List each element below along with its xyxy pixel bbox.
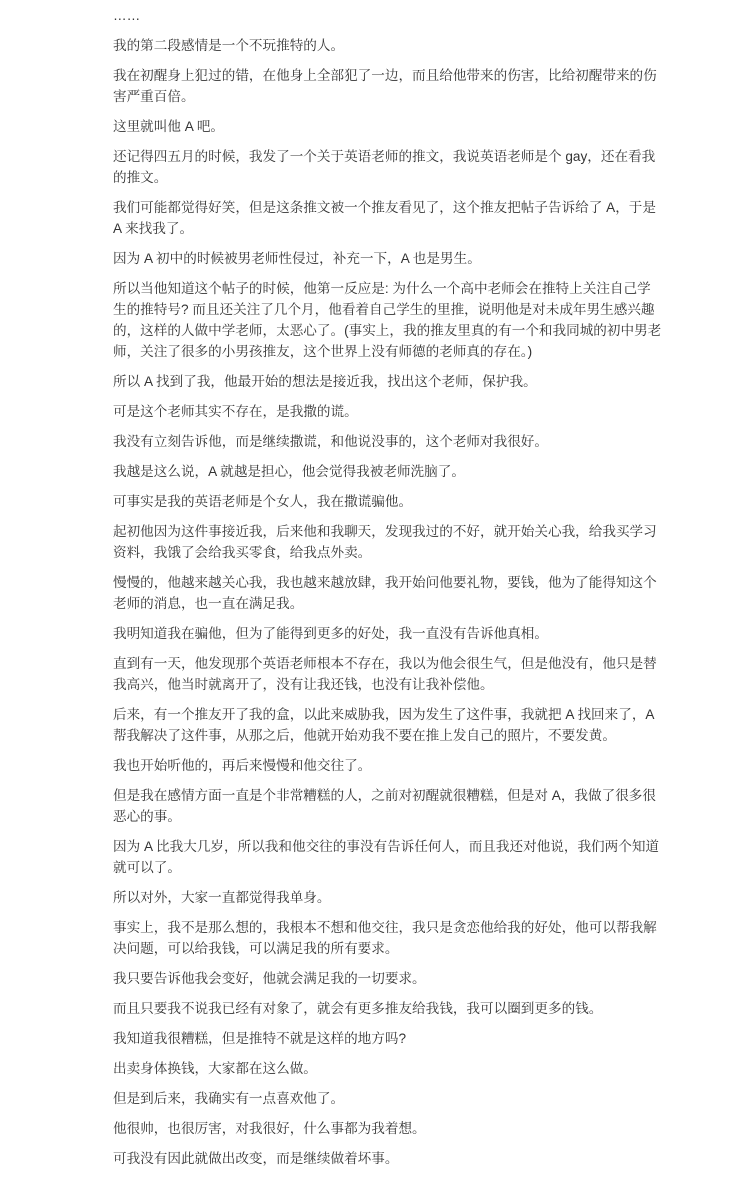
paragraph: 我明知道我在骗他，但为了能得到更多的好处，我一直没有告诉他真相。 — [113, 623, 663, 644]
paragraph: 但是我在感情方面一直是个非常糟糕的人，之前对初醒就很糟糕，但是对 A，我做了很多… — [113, 785, 663, 827]
paragraph: 但是到后来，我确实有一点喜欢他了。 — [113, 1088, 663, 1109]
paragraph: 而且只要我不说我已经有对象了，就会有更多推友给我钱，我可以圈到更多的钱。 — [113, 998, 663, 1019]
paragraph: 所以对外，大家一直都觉得我单身。 — [113, 887, 663, 908]
paragraph: 这里就叫他 A 吧。 — [113, 116, 663, 137]
paragraph: 我的第二段感情是一个不玩推特的人。 — [113, 35, 663, 56]
paragraph: 我也开始听他的，再后来慢慢和他交往了。 — [113, 755, 663, 776]
paragraph: 我们可能都觉得好笑，但是这条推文被一个推友看见了，这个推友把帖子告诉给了 A，于… — [113, 197, 663, 239]
paragraph: 我没有立刻告诉他，而是继续撒谎，和他说没事的，这个老师对我很好。 — [113, 431, 663, 452]
paragraph: 我知道我很糟糕，但是推特不就是这样的地方吗? — [113, 1028, 663, 1049]
paragraph: 可是这个老师其实不存在，是我撒的谎。 — [113, 401, 663, 422]
text-post-body: ……我的第二段感情是一个不玩推特的人。我在初醒身上犯过的错，在他身上全部犯了一边… — [113, 5, 663, 1169]
paragraph: 事实上，我不是那么想的，我根本不想和他交往，我只是贪恋他给我的好处，他可以帮我解… — [113, 917, 663, 959]
paragraph: 还记得四五月的时候，我发了一个关于英语老师的推文，我说英语老师是个 gay，还在… — [113, 146, 663, 188]
paragraph: 可事实是我的英语老师是个女人，我在撒谎骗他。 — [113, 491, 663, 512]
paragraph: 因为 A 比我大几岁，所以我和他交往的事没有告诉任何人，而且我还对他说，我们两个… — [113, 836, 663, 878]
paragraph: …… — [113, 5, 663, 26]
paragraph: 我越是这么说，A 就越是担心，他会觉得我被老师洗脑了。 — [113, 461, 663, 482]
paragraph: 所以 A 找到了我，他最开始的想法是接近我，找出这个老师，保护我。 — [113, 371, 663, 392]
paragraph: 我只要告诉他我会变好，他就会满足我的一切要求。 — [113, 968, 663, 989]
paragraph: 因为 A 初中的时候被男老师性侵过，补充一下，A 也是男生。 — [113, 248, 663, 269]
paragraph: 他很帅，也很厉害，对我很好，什么事都为我着想。 — [113, 1118, 663, 1139]
paragraph: 可我没有因此就做出改变，而是继续做着坏事。 — [113, 1148, 663, 1169]
paragraph: 直到有一天，他发现那个英语老师根本不存在，我以为他会很生气，但是他没有，他只是替… — [113, 653, 663, 695]
paragraph: 后来，有一个推友开了我的盒，以此来威胁我，因为发生了这件事，我就把 A 找回来了… — [113, 704, 663, 746]
paragraph: 出卖身体换钱，大家都在这么做。 — [113, 1058, 663, 1079]
paragraph: 慢慢的，他越来越关心我，我也越来越放肆，我开始问他要礼物，要钱，他为了能得知这个… — [113, 572, 663, 614]
paragraph: 我在初醒身上犯过的错，在他身上全部犯了一边，而且给他带来的伤害，比给初醒带来的伤… — [113, 65, 663, 107]
paragraph: 起初他因为这件事接近我，后来他和我聊天，发现我过的不好，就开始关心我，给我买学习… — [113, 521, 663, 563]
paragraph: 所以当他知道这个帖子的时候，他第一反应是: 为什么一个高中老师会在推特上关注自己… — [113, 278, 663, 362]
